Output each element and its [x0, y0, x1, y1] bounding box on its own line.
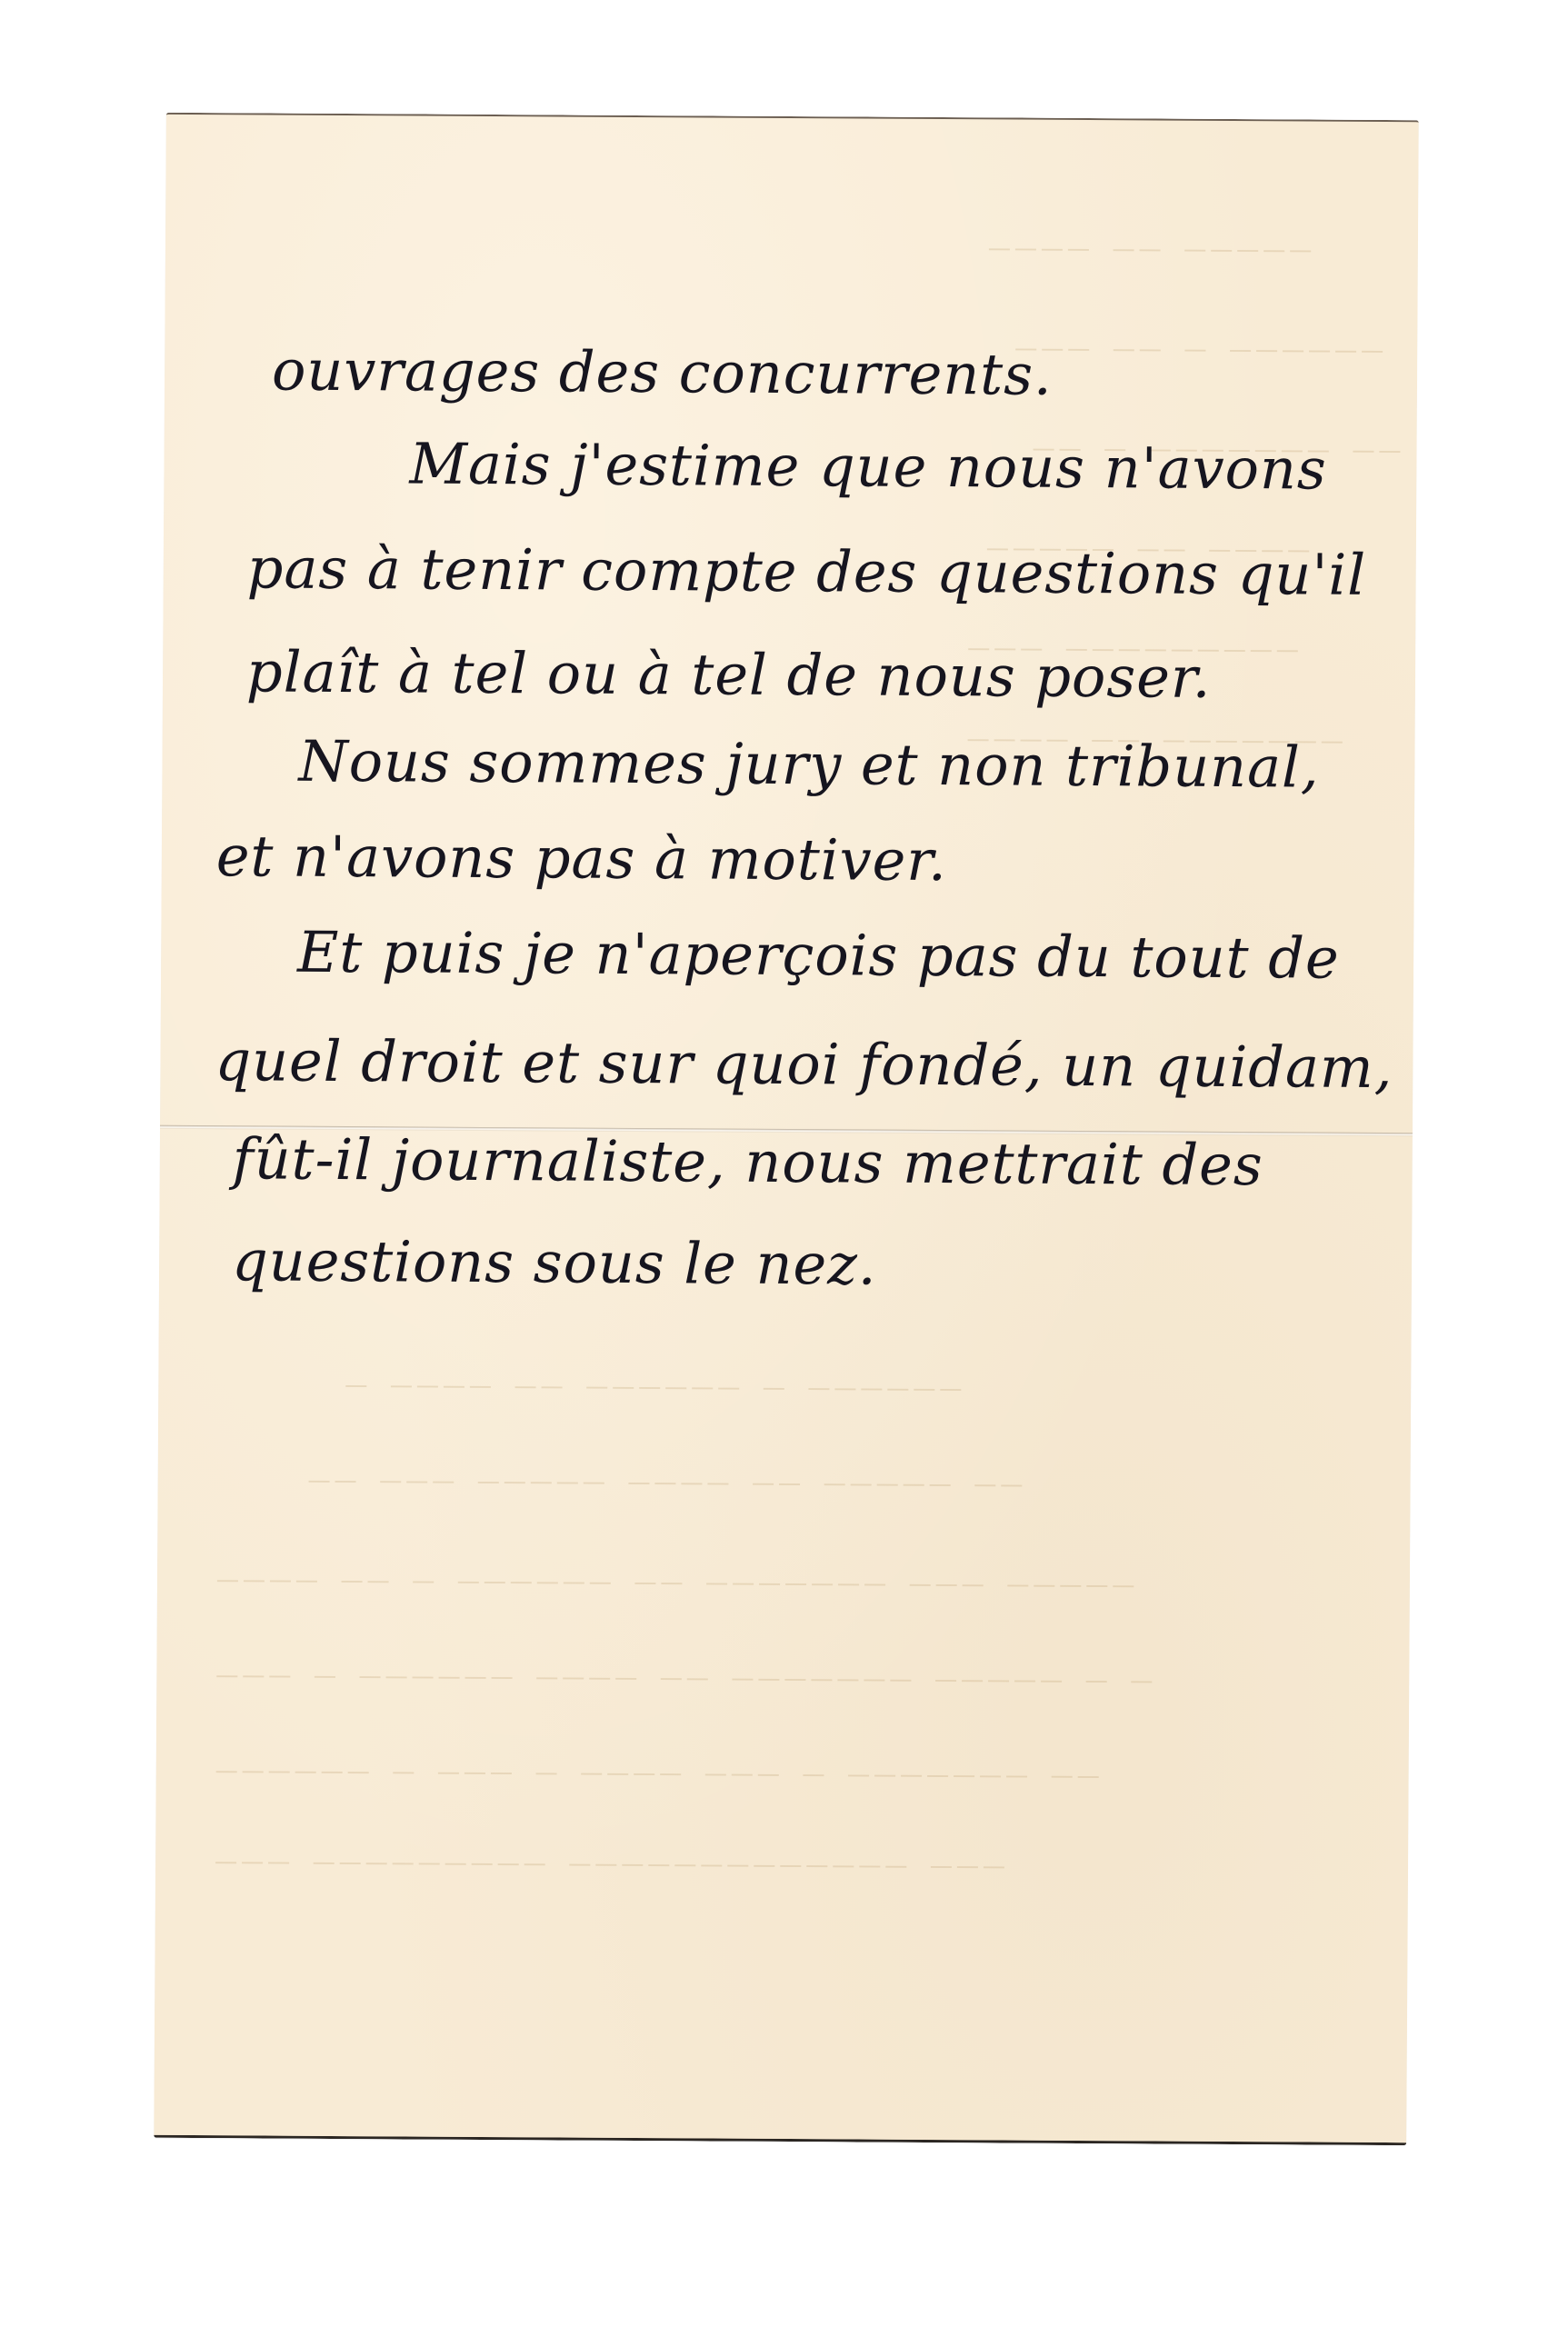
- show-through-text: ______ _ ______ __ ____ _: [340, 1338, 961, 1391]
- letter-line-6: et n'avons pas à motiver.: [216, 828, 947, 889]
- letter-line-3: pas à tenir compte des questions qu'il: [247, 540, 1367, 604]
- show-through-text: _____ __ ____: [984, 201, 1312, 252]
- letter-line-4: plaît à tel ou à tel de nous poser.: [246, 644, 1212, 705]
- letter-line-7: Et puis je n'aperçois pas du tout de: [297, 924, 1340, 987]
- show-through-text: ___ _____________ _________ ___: [210, 1814, 1004, 1868]
- show-through-text: ______ _ __ ___: [1010, 301, 1383, 353]
- letter-paper: _____ __ ____ ______ _ __ ___ __ _______…: [154, 113, 1419, 2145]
- letter-line-8: quel droit et sur quoi fondé, un quidam,: [215, 1033, 1393, 1096]
- show-through-text: _ _ _____ _______ __ ____ ______ _ ___: [211, 1628, 1152, 1683]
- letter-line-1: ouvrages des concurrents.: [272, 343, 1053, 404]
- letter-line-5: Nous sommes jury et non tribunal,: [298, 734, 1320, 796]
- show-through-text: _____ ___ _______ __ ______ _ __ ____: [212, 1533, 1134, 1587]
- letter-line-9: fût-il journaliste, nous mettrait des: [233, 1131, 1263, 1193]
- show-through-text: __ _____ __ ____ _____ ___ __: [304, 1433, 1023, 1487]
- letter-line-2: Mais j'estime que nous n'avons: [409, 435, 1327, 497]
- show-through-text: __ _______ _ ___ ____ _ ___ _ ______: [211, 1723, 1099, 1778]
- letter-line-10: questions sous le nez.: [232, 1233, 877, 1293]
